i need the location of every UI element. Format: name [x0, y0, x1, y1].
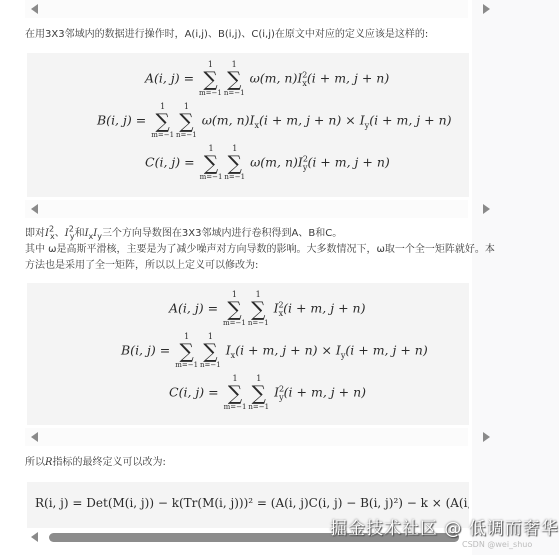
equation-a-simplified: A(i, j) = 1∑m=−11∑n=−1 I2x(i + m, j + n) [169, 291, 365, 327]
equation-b-simplified: B(i, j) = 1∑m=−11∑n=−1 Ix(i + m, j + n) … [121, 333, 428, 369]
scroll-left-arrow-icon[interactable] [31, 432, 38, 442]
math-block-weighted: A(i, j) = 1∑m=−11∑n=−1 ω(m, n)I2x(i + m,… [27, 53, 469, 197]
equation-c-simplified: C(i, j) = 1∑m=−11∑n=−1 I2y(i + m, j + n) [169, 375, 366, 411]
final-definition-paragraph: 所以R指标的最终定义可以改为: [25, 455, 166, 471]
conv-paragraph-line2: 其中 ω是高斯平滑核，主要是为了减少噪声对方向导数的影响。大多数情况下，ω取一个… [25, 242, 495, 258]
watermark-juejin: 掘金技术社区 @ 低调而奢华 [330, 514, 559, 539]
equation-r: R(i, j) = Det(M(i, j)) − k(Tr(M(i, j)))²… [35, 496, 469, 510]
conv-paragraph-line3: 方法也是采用了全一矩阵，所以以上定义可以修改为: [25, 258, 258, 274]
intro-paragraph: 在用3X3邻域内的数据进行操作时，A(i,j)、B(i,j)、C(i,j)在原文… [25, 27, 428, 43]
scroll-row-2[interactable] [25, 428, 468, 446]
equation-b-weighted: B(i, j) = 1∑m=−11∑n=−1 ω(m, n)Ix(i + m, … [97, 103, 452, 139]
watermark-csdn: CSDN @wei_shuo [462, 540, 532, 549]
equation-a-weighted: A(i, j) = 1∑m=−11∑n=−1 ω(m, n)I2x(i + m,… [145, 61, 389, 97]
scroll-left-arrow-icon[interactable] [31, 204, 38, 214]
scroll-right-arrow-icon[interactable] [483, 4, 490, 14]
scroll-left-arrow-icon[interactable] [31, 4, 38, 14]
equation-c-weighted: C(i, j) = 1∑m=−11∑n=−1 ω(m, n)I2y(i + m,… [145, 145, 390, 181]
scroll-row-1[interactable] [25, 200, 468, 218]
scroll-left-arrow-icon[interactable] [31, 532, 38, 542]
scroll-right-arrow-icon[interactable] [483, 432, 490, 442]
conv-paragraph-line1: 即对I2x、I2y和IxIy三个方向导数图在3X3邻域内进行卷积得到A、B和C。 [25, 226, 342, 242]
math-block-simplified: A(i, j) = 1∑m=−11∑n=−1 I2x(i + m, j + n)… [27, 283, 469, 425]
right-side-strip [472, 0, 559, 555]
scroll-right-arrow-icon[interactable] [483, 204, 490, 214]
scroll-row-top[interactable] [25, 0, 468, 18]
